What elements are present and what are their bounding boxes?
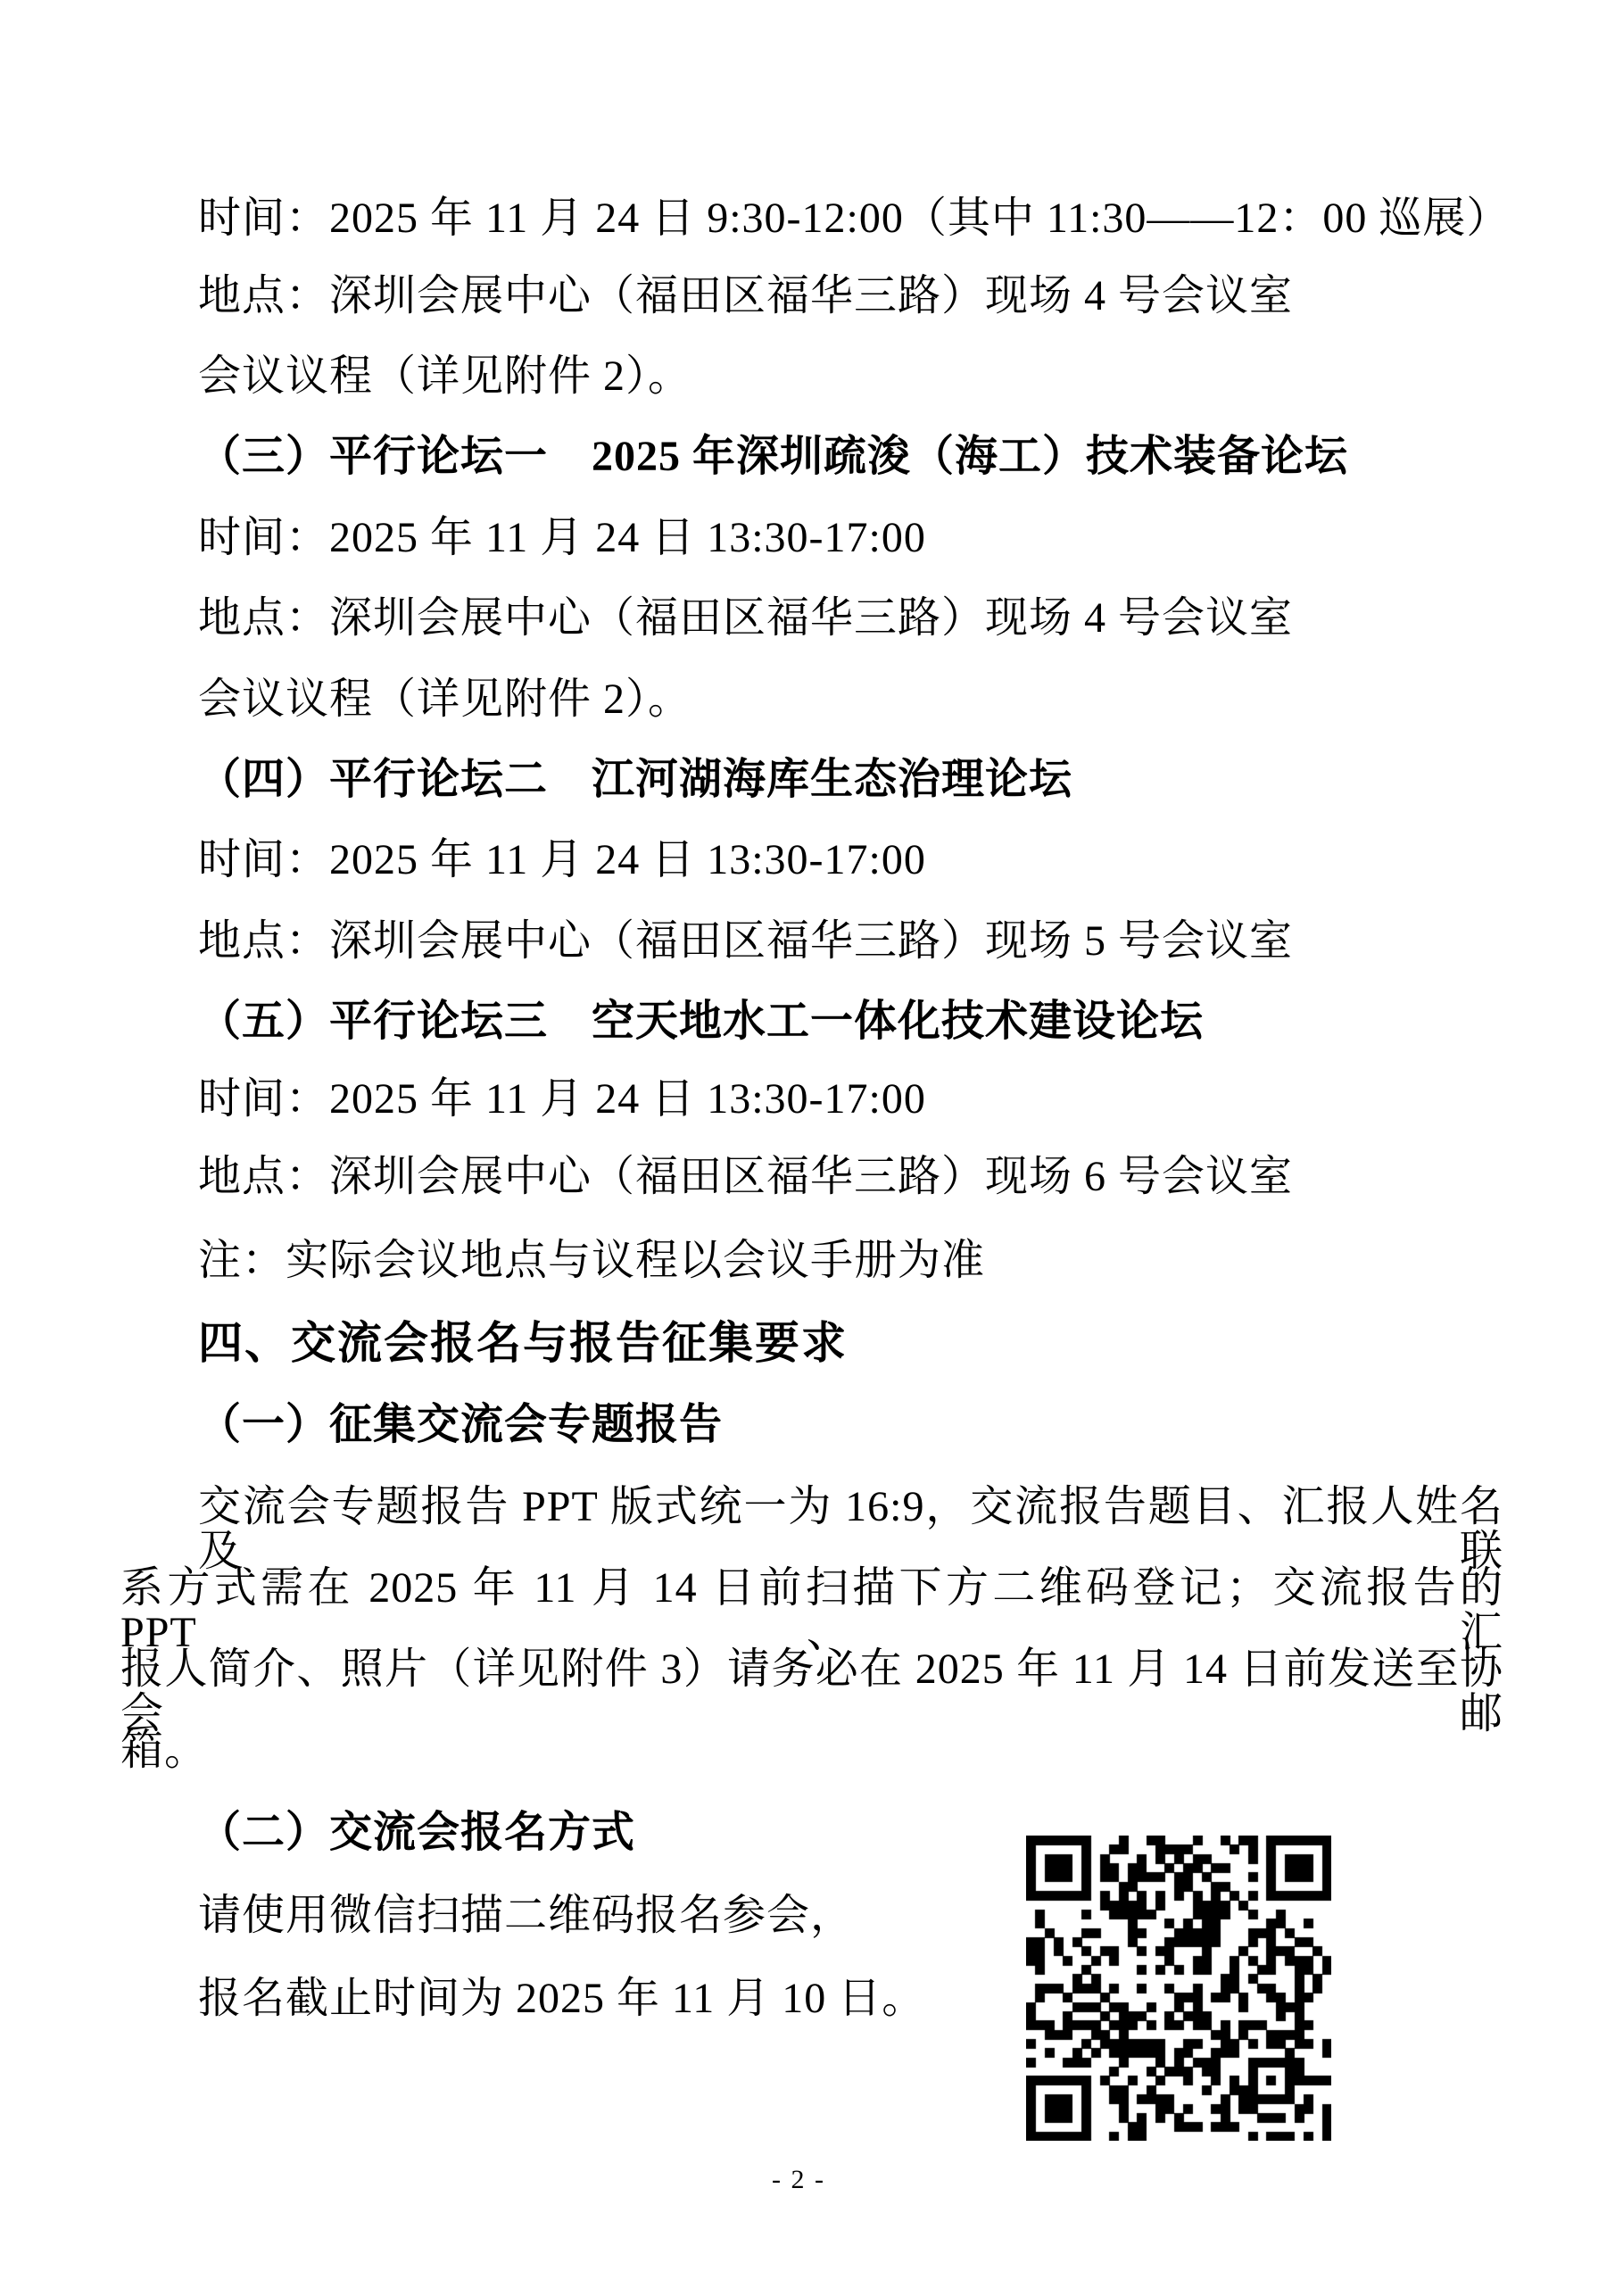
- qr-code-icon: [1026, 1836, 1331, 2141]
- body-line: 地点：深圳会展中心（福田区福华三路）现场 6 号会议室: [198, 1155, 1293, 1199]
- document-page: 时间：2025 年 11 月 24 日 9:30-12:00（其中 11:30—…: [0, 0, 1623, 2296]
- body-line: 报人简介、照片（详见附件 3）请务必在 2025 年 11 月 14 日前发送至…: [120, 1647, 1503, 1737]
- body-line: 交流会专题报告 PPT 版式统一为 16:9，交流报告题目、汇报人姓名及联: [198, 1485, 1503, 1575]
- body-line: 时间：2025 年 11 月 24 日 13:30-17:00: [198, 838, 926, 883]
- body-line: 系方式需在 2025 年 11 月 14 日前扫描下方二维码登记；交流报告的 P…: [120, 1566, 1503, 1656]
- body-line: 注：实际会议地点与议程以会议手册为准: [198, 1239, 985, 1283]
- body-line: 报名截止时间为 2025 年 11 月 10 日。: [198, 1977, 925, 2021]
- body-line: 会议议程（详见附件 2）。: [198, 354, 691, 399]
- body-line: 会议议程（详见附件 2）。: [198, 677, 691, 722]
- body-line: 地点：深圳会展中心（福田区福华三路）现场 4 号会议室: [198, 596, 1293, 641]
- body-line: 箱。: [120, 1728, 208, 1773]
- registration-qr-code: [1026, 1836, 1331, 2141]
- subsection-heading: （三）平行论坛一 2025 年深圳疏浚（海工）技术装备论坛: [198, 435, 1348, 479]
- page-number: - 2 -: [0, 2165, 1597, 2195]
- subsection-heading: （五）平行论坛三 空天地水工一体化技术建设论坛: [198, 999, 1204, 1044]
- body-line: 时间：2025 年 11 月 24 日 13:30-17:00: [198, 1077, 926, 1122]
- body-line: 请使用微信扫描二维码报名参会，: [198, 1894, 854, 1938]
- body-line: 地点：深圳会展中心（福田区福华三路）现场 5 号会议室: [198, 919, 1293, 964]
- body-line: 时间：2025 年 11 月 24 日 13:30-17:00: [198, 516, 926, 560]
- body-line: 时间：2025 年 11 月 24 日 9:30-12:00（其中 11:30—…: [198, 196, 1510, 241]
- section-heading: 四、交流会报名与报告征集要求: [198, 1320, 848, 1367]
- subsection-heading: （一）征集交流会专题报告: [198, 1403, 723, 1447]
- subsection-heading: （二）交流会报名方式: [198, 1811, 635, 1855]
- body-line: 地点：深圳会展中心（福田区福华三路）现场 4 号会议室: [198, 274, 1293, 319]
- subsection-heading: （四）平行论坛二 江河湖海库生态治理论坛: [198, 758, 1072, 802]
